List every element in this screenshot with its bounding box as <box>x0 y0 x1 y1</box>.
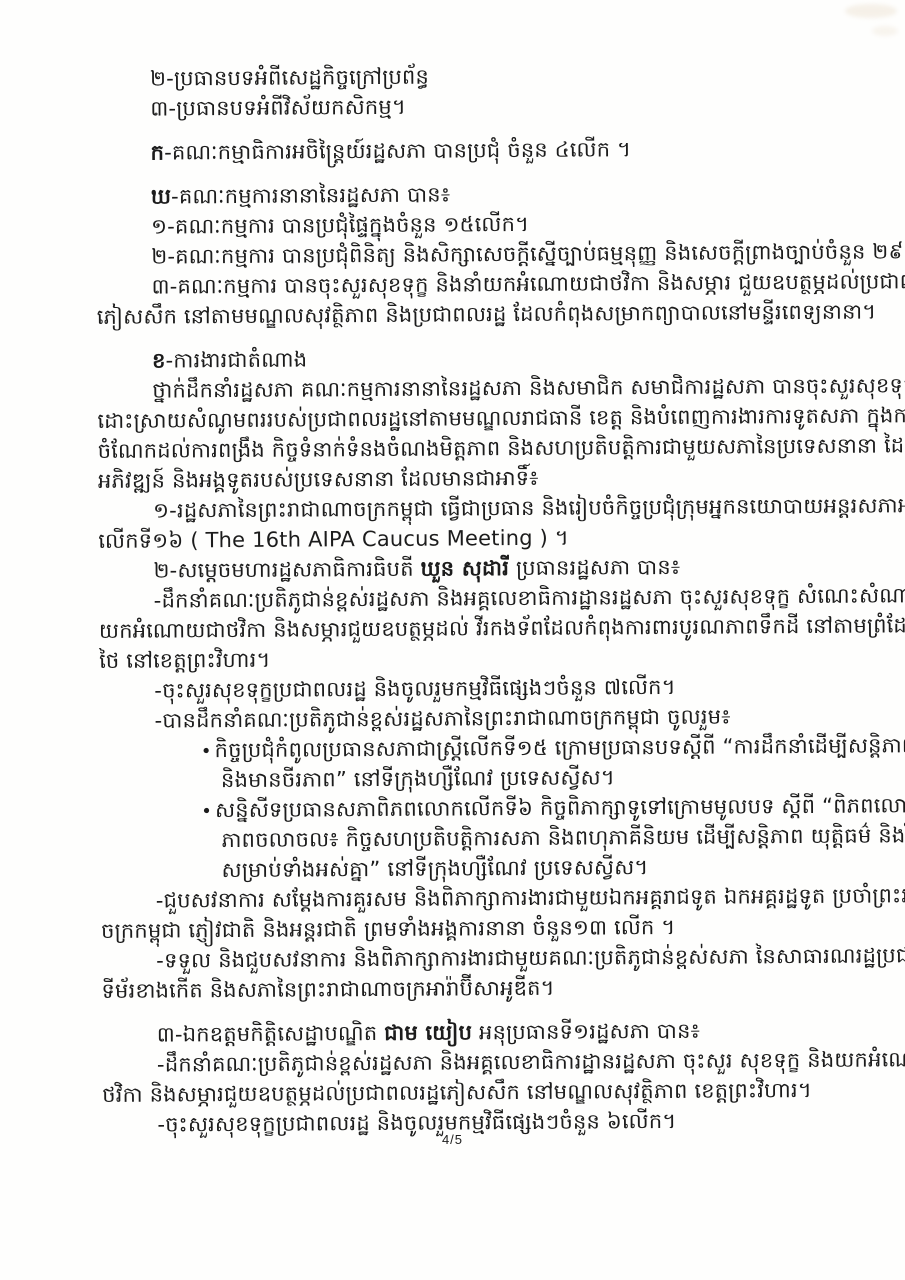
bold-text-segment: ជាម យៀប <box>384 1020 472 1045</box>
text-line: -ជួបសវនាការ សម្ដែងការគួរសម និងពិភាក្សាកា… <box>6 880 905 916</box>
text-segment: ២-គណៈកម្មការ បានប្រជុំពិនិត្យ និងសិក្សាស… <box>151 239 905 269</box>
text-segment: -បានដឹកនាំគណៈប្រតិភូជាន់ខ្ពស់រដ្ឋសភានៃព្… <box>155 705 731 733</box>
text-segment: -ចុះសួរសុខទុក្ខប្រជាពលរដ្ឋ និងចូលរួមកម្ម… <box>154 675 675 703</box>
text-segment: -គណៈកម្មាធិការអចិន្ត្រៃយ៍រដ្ឋសភា បានប្រជ… <box>164 137 631 164</box>
text-segment: ថៃ នៅខេត្តព្រះវិហារ។ <box>99 648 270 673</box>
text-segment: លើកទី១៦ ( The 16th AIPA Caucus Meeting )… <box>98 526 569 553</box>
text-segment: -ជួបសវនាការ សម្ដែងការគួរសម និងពិភាក្សាកា… <box>156 883 905 913</box>
bold-text-segment: ក <box>151 141 165 165</box>
bullet-icon: • <box>201 801 215 822</box>
text-segment: -ដឹកនាំគណៈប្រតិភូជាន់ខ្ពស់រដ្ឋសភា និងអគ្… <box>157 1047 905 1077</box>
text-segment: ៣-ប្រធានបទអំពីវិស័យកសិកម្ម។ <box>150 95 406 121</box>
text-segment: ថវិកា និងសម្ភារជួយឧបត្ថម្ភដល់ប្រជាពលរដ្ឋ… <box>102 1078 812 1107</box>
text-segment: -គណៈកម្មការនានានៃរដ្ឋសភា បាន៖ <box>171 183 450 209</box>
text-segment: ៣-គណៈកម្មការ បានចុះសួរសុខទុក្ខ និងនាំយកអ… <box>151 269 905 299</box>
text-segment: សម្រាប់ទាំងអស់គ្នា” នៅទីក្រុងហ្សឺណែវ ប្រ… <box>222 855 649 882</box>
document-text-block: ២-ប្រធានបទអំពីសេដ្ឋកិច្ចក្រៅប្រព័ន្ធ៣-ប្… <box>0 58 905 1140</box>
bold-text-segment: ឃួន សុដារី <box>420 556 509 581</box>
text-line: ទីម័រខាងកើត និងសភានៃព្រះរាជាណាចក្រអារ៉ាប… <box>6 970 905 1006</box>
text-segment: ចំណែកដល់ការពង្រឹង កិច្ចទំនាក់ទំនងចំណងមិត… <box>98 433 905 463</box>
text-line: ក-គណៈកម្មាធិការអចិន្ត្រៃយ៍រដ្ឋសភា បានប្រ… <box>1 132 905 168</box>
text-segment: និងមានចីរភាព” នៅទីក្រុងហ្សឺណែវ ប្រទេសស្វ… <box>221 765 615 792</box>
text-segment: កិច្ចប្រជុំកំពូលប្រធានសភាជាស្រ្តីលើកទី១៥… <box>215 733 905 762</box>
text-segment: អភិវឌ្ឍន៍ និងអង្គទូតរបស់ប្រទេសនានា ដែលមា… <box>98 466 539 493</box>
text-segment: -ដឹកនាំគណៈប្រតិភូជាន់ខ្ពស់រដ្ឋសភា និងអគ្… <box>154 583 905 613</box>
bullet-icon: • <box>201 741 215 762</box>
text-segment: ដោះស្រាយសំណូមពររបស់ប្រជាពលរដ្ឋនៅតាមមណ្ឌល… <box>97 403 905 433</box>
scan-smudge-artifact <box>872 26 898 36</box>
text-segment: ថ្នាក់ដឹកនាំរដ្ឋសភា គណៈកម្មការនានានៃរដ្ឋ… <box>152 373 905 403</box>
text-line: យកអំណោយជាថវិកា និងសម្ភារជួយឧបត្ថម្ភដល់ វ… <box>4 610 905 646</box>
text-segment: អនុប្រធានទី១រដ្ឋសភា បាន៖ <box>472 1019 700 1045</box>
text-segment: ភាពចលាចល៖ កិច្ចសហប្រតិបត្តិការសភា និងពហុ… <box>221 823 905 852</box>
bold-text-segment: ខ <box>152 349 166 373</box>
text-segment: ភៀសសឹក នៅតាមមណ្ឌលសុវត្ថិភាព និងប្រជាពលរដ… <box>97 300 877 329</box>
text-line: ចំណែកដល់ការពង្រឹង កិច្ចទំនាក់ទំនងចំណងមិត… <box>3 430 905 466</box>
text-segment: ១-គណៈកម្មការ បានប្រជុំផ្ទៃក្នុងចំនួន ១៥ល… <box>151 212 529 239</box>
text-line: -ទទួល និងជួបសវនាការ និងពិភាក្សាការងារជាម… <box>6 940 905 976</box>
text-segment: សន្និសីទប្រធានសភាពិភពលោកលើកទី៦ កិច្ចពិភា… <box>215 793 905 822</box>
text-segment: ២-ប្រធានបទអំពីសេដ្ឋកិច្ចក្រៅប្រព័ន្ធ <box>150 65 429 91</box>
bold-text-segment: ឃ <box>151 184 171 208</box>
page-number: 4/5 <box>0 1132 905 1147</box>
text-line: ភាពចលាចល៖ កិច្ចសហប្រតិបត្តិការសភា និងពហុ… <box>5 820 905 856</box>
scan-smudge-artifact <box>845 4 897 18</box>
text-segment: ចក្រកម្ពុជា ភ្ញៀវជាតិ និងអន្តរជាតិ ព្រមទ… <box>101 915 676 943</box>
text-segment: ប្រធានរដ្ឋសភា បាន៖ <box>509 555 680 580</box>
text-segment: ទីម័រខាងកើត និងសភានៃព្រះរាជាណាចក្រអារ៉ាប… <box>101 976 554 1003</box>
text-line: ថវិកា និងសម្ភារជួយឧបត្ថម្ភដល់ប្រជាពលរដ្ឋ… <box>7 1074 905 1110</box>
document-page: ២-ប្រធានបទអំពីសេដ្ឋកិច្ចក្រៅប្រព័ន្ធ៣-ប្… <box>0 0 905 1280</box>
text-segment: -ទទួល និងជួបសវនាការ និងពិភាក្សាការងារជាម… <box>156 943 905 973</box>
text-segment: យកអំណោយជាថវិកា និងសម្ភារជួយឧបត្ថម្ភដល់ វ… <box>99 613 905 643</box>
text-segment: -ការងារជាតំណាង <box>166 348 308 373</box>
text-line: ៣-ប្រធានបទអំពីវិស័យកសិកម្ម។ <box>0 88 905 124</box>
text-segment: ៣-ឯកឧត្តមកិត្តិសេដ្ឋាបណ្ឌិត <box>157 1021 385 1047</box>
text-segment: ១-រដ្ឋសភានៃព្រះរាជាណាចក្រកម្ពុជា ធ្វើជាប… <box>153 493 905 523</box>
text-line: ១-រដ្ឋសភានៃព្រះរាជាណាចក្រកម្ពុជា ធ្វើជាប… <box>3 490 905 526</box>
text-segment: ២-សម្តេចមហារដ្ឋសភាធិការធិបតី <box>153 557 420 583</box>
text-line: •កិច្ចប្រជុំកំពូលប្រធានសភាជាស្រ្តីលើកទី១… <box>5 730 905 766</box>
document-lines: ២-ប្រធានបទអំពីសេដ្ឋកិច្ចក្រៅប្រព័ន្ធ៣-ប្… <box>0 58 905 1140</box>
text-line: ភៀសសឹក នៅតាមមណ្ឌលសុវត្ថិភាព និងប្រជាពលរដ… <box>2 296 905 332</box>
